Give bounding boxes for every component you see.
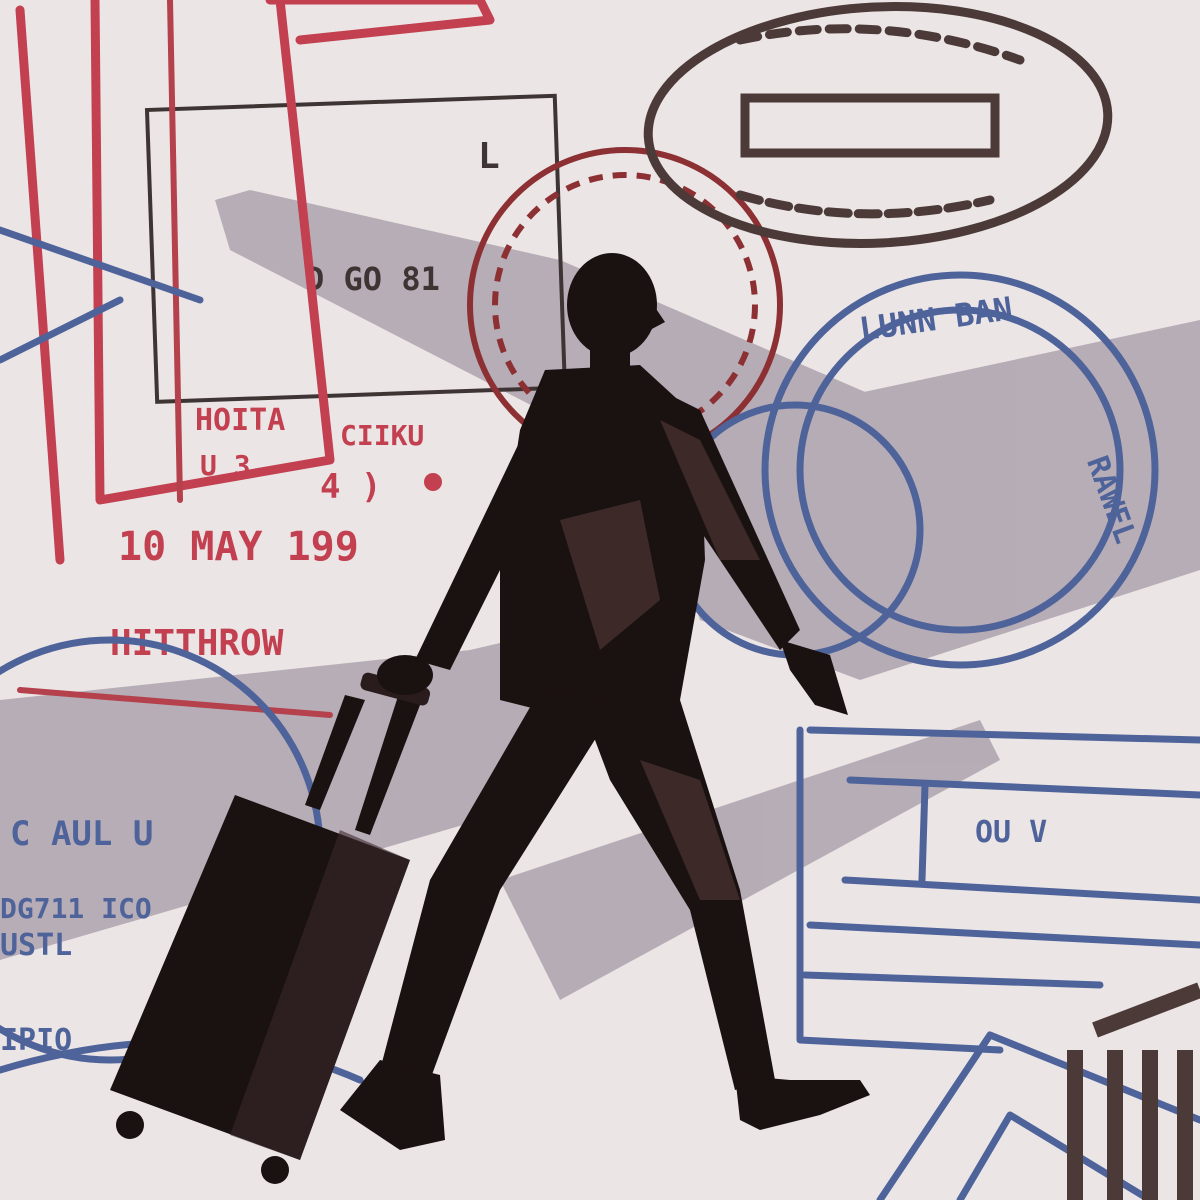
travel-illustration: L D GO 81 HOITA U 3 CIIKU 4 ) 10 MAY 199… [0, 0, 1200, 1200]
svg-text:USTL: USTL [0, 928, 72, 963]
svg-text:D GO 81: D GO 81 [305, 260, 440, 298]
svg-text:LUNN BAN: LUNN BAN [857, 289, 1015, 348]
svg-text:L: L [478, 136, 500, 177]
svg-text:U 3: U 3 [200, 449, 251, 482]
svg-text:CIIKU: CIIKU [340, 419, 424, 452]
svg-text:C AUL U: C AUL U [10, 814, 153, 854]
svg-text:DG711 ICO: DG711 ICO [0, 892, 152, 925]
brown-oval-stamp [642, 0, 1114, 255]
svg-text:OU V: OU V [975, 815, 1047, 850]
illustration-canvas: L D GO 81 HOITA U 3 CIIKU 4 ) 10 MAY 199… [0, 0, 1200, 1200]
svg-text:HOITA: HOITA [195, 403, 285, 438]
svg-text:10 MAY 199: 10 MAY 199 [118, 524, 359, 570]
svg-text:4 ): 4 ) [320, 467, 381, 507]
